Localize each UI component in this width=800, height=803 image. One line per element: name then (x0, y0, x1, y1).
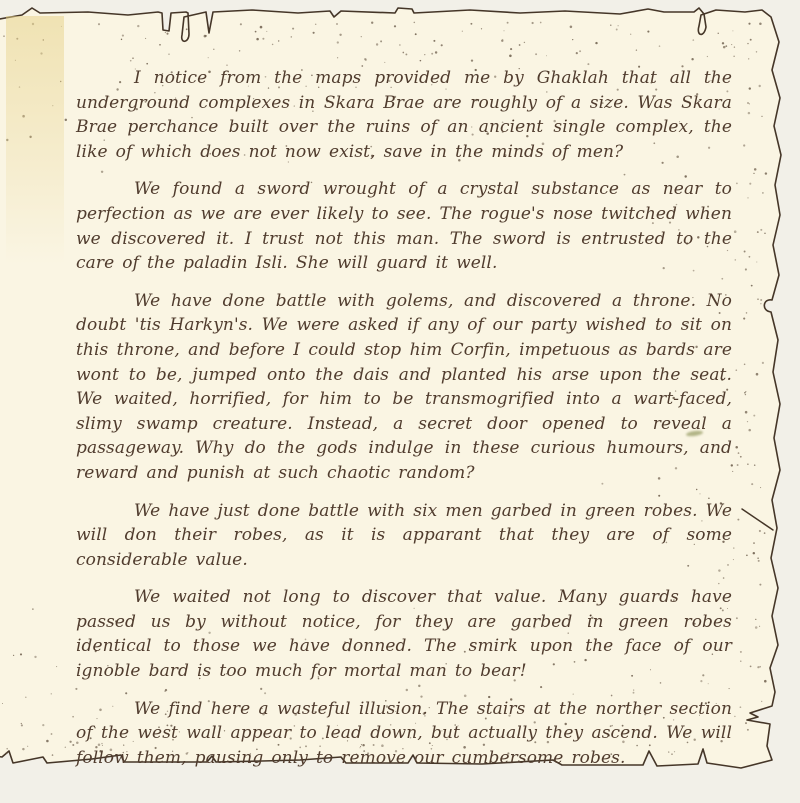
journal-paragraph: We find here a wasteful illusion. The st… (76, 697, 732, 771)
journal-paragraph: I notice from the maps provided me by Gh… (76, 66, 732, 164)
journal-paragraph: We have just done battle with six men ga… (76, 499, 732, 573)
journal-text: I notice from the maps provided me by Gh… (76, 66, 732, 783)
journal-paragraph: We have done battle with golems, and dis… (76, 289, 732, 486)
journal-paragraph: We found a sword wrought of a crystal su… (76, 177, 732, 275)
journal-paragraph: We waited not long to discover that valu… (76, 585, 732, 683)
